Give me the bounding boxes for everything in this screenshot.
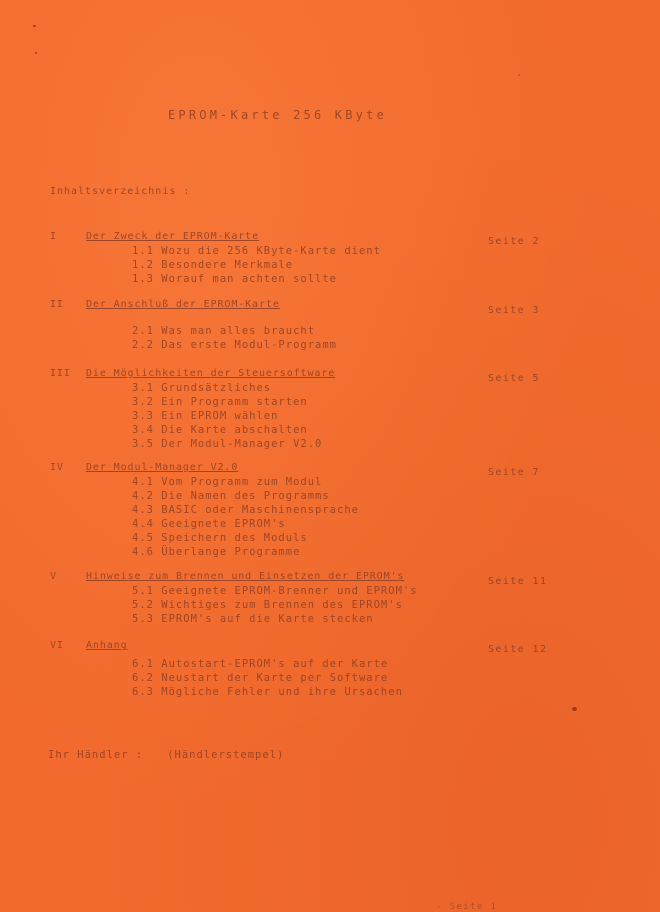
toc-item: 1.1 Wozu die 256 KByte-Karte dient: [132, 244, 381, 258]
page-ref-6: Seite 12: [488, 644, 547, 655]
toc-item: 1.2 Besondere Merkmale: [132, 258, 381, 272]
toc-item: 2.1 Was man alles braucht: [132, 324, 337, 338]
toc-item: 4.3 BASIC oder Maschinensprache: [132, 503, 359, 517]
section-heading: VHinweise zum Brennen und Einsetzen der …: [50, 570, 418, 584]
toc-item: 3.4 Die Karte abschalten: [132, 423, 335, 437]
toc-item: 4.6 Überlange Programme: [132, 545, 359, 559]
document-page: EPROM-Karte 256 KByte Inhaltsverzeichnis…: [0, 0, 660, 912]
paper-speck: [572, 707, 577, 711]
section-heading: VIAnhang: [50, 639, 403, 653]
toc-item: 5.2 Wichtiges zum Brennen des EPROM's: [132, 598, 418, 612]
toc-item: 5.1 Geeignete EPROM-Brenner und EPROM's: [132, 584, 418, 598]
toc-item: 4.1 Vom Programm zum Modul: [132, 475, 359, 489]
page-ref-1: Seite 2: [488, 236, 540, 247]
toc-item: 2.2 Das erste Modul-Programm: [132, 338, 337, 352]
section-heading: IDer Zweck der EPROM-Karte: [50, 230, 381, 244]
paper-speck: [33, 25, 36, 27]
dealer-label: Ihr Händler :: [48, 749, 143, 761]
dealer-stamp: (Händlerstempel): [167, 749, 284, 761]
toc-item: 6.2 Neustart der Karte per Software: [132, 671, 403, 685]
toc-item: 6.3 Mögliche Fehler und ihre Ursachen: [132, 685, 403, 699]
page-ref-2: Seite 3: [488, 305, 540, 316]
toc-label: Inhaltsverzeichnis :: [50, 186, 190, 197]
paper-speck: [35, 52, 37, 54]
toc-item: 3.2 Ein Programm starten: [132, 395, 335, 409]
toc-section-3: IIIDie Möglichkeiten der Steuersoftware …: [50, 367, 335, 451]
toc-item: 1.3 Worauf man achten sollte: [132, 272, 381, 286]
document-title: EPROM-Karte 256 KByte: [168, 108, 387, 122]
toc-item: 5.3 EPROM's auf die Karte stecken: [132, 612, 418, 626]
toc-section-1: IDer Zweck der EPROM-Karte 1.1 Wozu die …: [50, 230, 381, 286]
section-heading: IIDer Anschluß der EPROM-Karte: [50, 298, 337, 312]
paper-speck: [518, 74, 520, 76]
section-heading: IIIDie Möglichkeiten der Steuersoftware: [50, 367, 335, 381]
section-heading: IVDer Modul-Manager V2.0: [50, 461, 359, 475]
toc-item: 3.3 Ein EPROM wählen: [132, 409, 335, 423]
page-ref-5: Seite 11: [488, 576, 547, 587]
page-ref-4: Seite 7: [488, 467, 540, 478]
toc-item: 4.2 Die Namen des Programms: [132, 489, 359, 503]
toc-item: 6.1 Autostart-EPROM's auf der Karte: [132, 657, 403, 671]
page-ref-3: Seite 5: [488, 373, 540, 384]
toc-section-6: VIAnhang 6.1 Autostart-EPROM's auf der K…: [50, 639, 403, 699]
toc-item: 4.4 Geeignete EPROM's: [132, 517, 359, 531]
toc-item: 3.5 Der Modul-Manager V2.0: [132, 437, 335, 451]
footer-page-number: - Seite 1: [436, 902, 497, 912]
toc-section-2: IIDer Anschluß der EPROM-Karte 2.1 Was m…: [50, 298, 337, 352]
toc-item: 3.1 Grundsätzliches: [132, 381, 335, 395]
dealer-line: Ihr Händler :(Händlerstempel): [48, 749, 284, 761]
toc-item: 4.5 Speichern des Moduls: [132, 531, 359, 545]
toc-section-5: VHinweise zum Brennen und Einsetzen der …: [50, 570, 418, 626]
toc-section-4: IVDer Modul-Manager V2.0 4.1 Vom Program…: [50, 461, 359, 559]
